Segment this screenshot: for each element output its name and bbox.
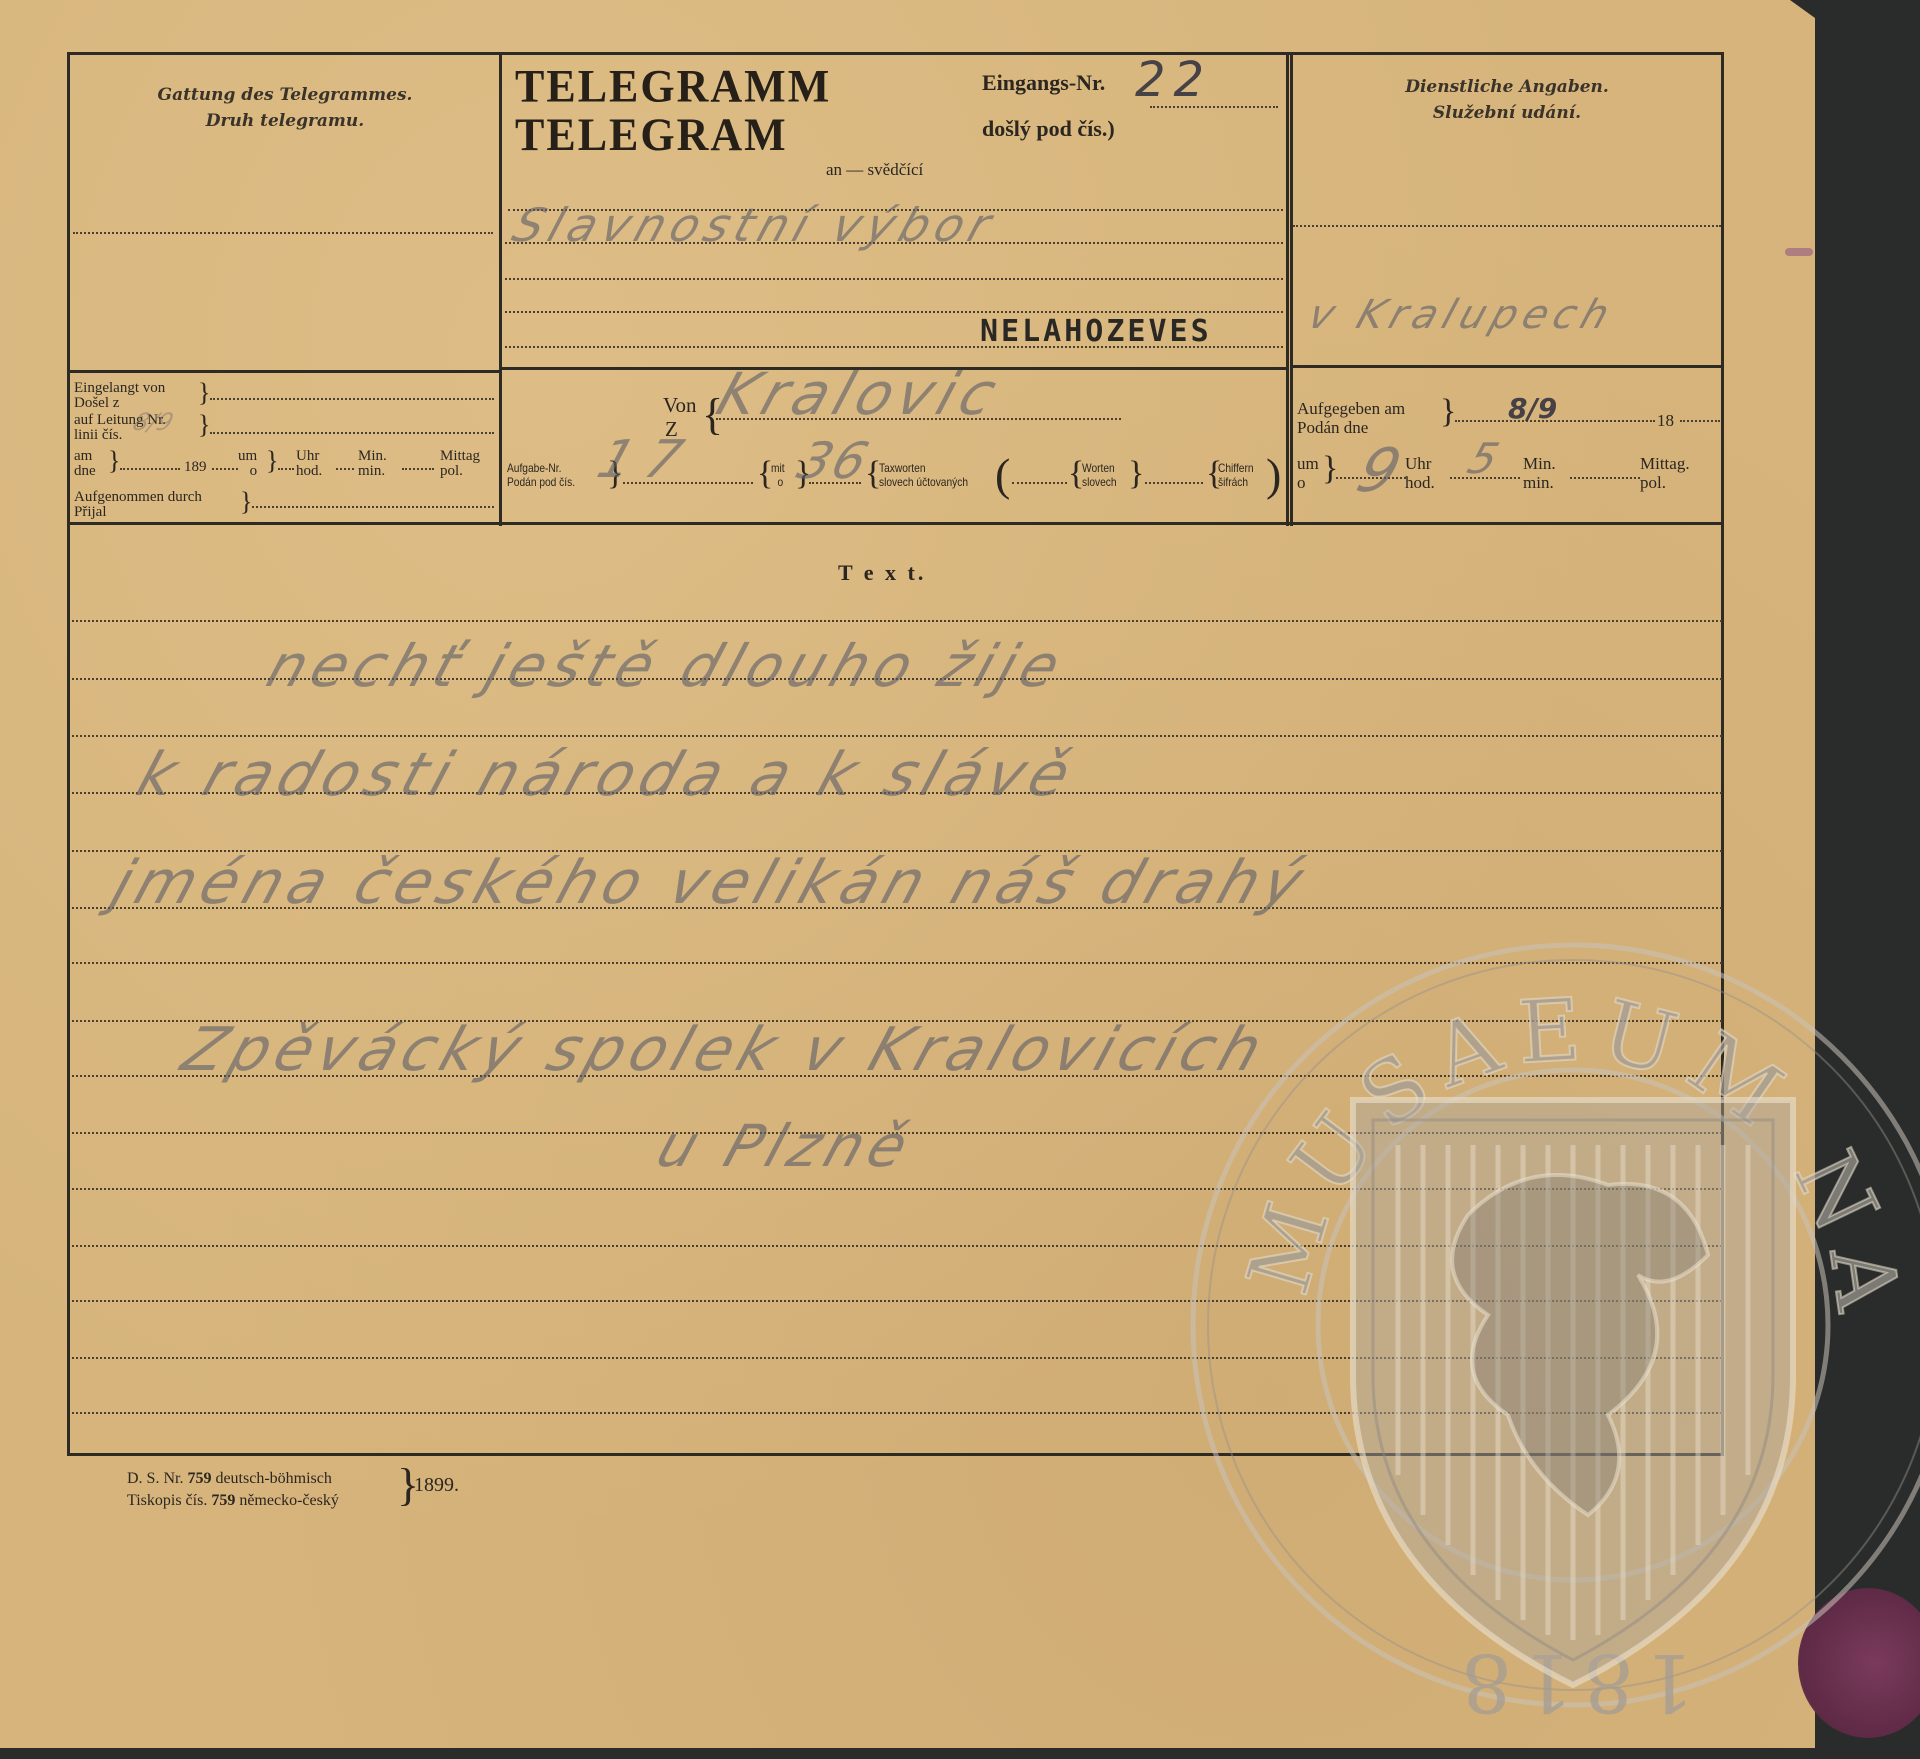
filed-year-field[interactable] bbox=[1680, 420, 1720, 422]
wax-seal bbox=[1798, 1588, 1920, 1738]
time-at-brace: } bbox=[266, 446, 278, 476]
minute-field[interactable] bbox=[336, 468, 354, 470]
hour-field[interactable] bbox=[278, 468, 294, 470]
addressee-value[interactable]: Slavnostní výbor bbox=[506, 198, 1003, 252]
tax-words-label: Taxworten slovech účtovaných bbox=[879, 461, 968, 489]
row-separator-left bbox=[67, 370, 500, 373]
text-line-7 bbox=[72, 962, 1722, 964]
text-line-1 bbox=[72, 620, 1722, 622]
entry-number-value[interactable]: 22 bbox=[1135, 52, 1212, 108]
received-from-field[interactable] bbox=[210, 398, 494, 400]
message-line-3[interactable]: jména českého velikán náš drahý bbox=[104, 848, 1318, 918]
filing-number-label: Aufgabe-Nr. Podán pod čís. bbox=[507, 461, 575, 489]
words-brace-right: } bbox=[1128, 455, 1144, 493]
taken-by-label: Aufgenommen durch Přijal bbox=[74, 490, 202, 520]
row-separator-right bbox=[1290, 365, 1724, 368]
filed-at-brace: } bbox=[1322, 450, 1338, 488]
filed-minute-label: Min. min. bbox=[1523, 454, 1556, 492]
text-line-12 bbox=[72, 1245, 1722, 1247]
taken-by-field[interactable] bbox=[252, 506, 494, 508]
message-line-4[interactable]: Zpěvácký spolek v Kralovicích bbox=[174, 1015, 1276, 1085]
received-from-brace: } bbox=[198, 378, 210, 408]
date-field[interactable] bbox=[120, 468, 180, 470]
filing-number-value[interactable]: 17 bbox=[590, 430, 704, 490]
text-line-13 bbox=[72, 1300, 1722, 1302]
telegram-type-title: Gattung des Telegrammes. Druh telegramu. bbox=[70, 82, 500, 134]
entry-number-line bbox=[1150, 106, 1278, 108]
with-label: mit o bbox=[771, 461, 785, 489]
noon-label: Mittag pol. bbox=[440, 449, 480, 479]
filed-on-brace: } bbox=[1440, 393, 1456, 431]
official-details-title: Dienstliche Angaben. Služební udání. bbox=[1292, 74, 1722, 126]
message-line-2[interactable]: k radosti národa a k slávě bbox=[129, 740, 1085, 810]
noon-field[interactable] bbox=[402, 468, 434, 470]
date-label: am dne bbox=[74, 449, 96, 479]
hour-label: Uhr hod. bbox=[296, 449, 322, 479]
addressee-line-4 bbox=[505, 311, 1283, 313]
taken-by-brace: } bbox=[240, 487, 252, 517]
filed-on-label: Aufgegeben am Podán dne bbox=[1297, 399, 1405, 437]
ink-mark bbox=[1785, 248, 1813, 256]
from-value[interactable]: Kralovic bbox=[709, 360, 1010, 428]
addressee-label: an — svědčící bbox=[826, 160, 923, 179]
addressee-line-3 bbox=[505, 278, 1283, 280]
form-number-footer: D. S. Nr. 759 deutsch-böhmisch Tiskopis … bbox=[127, 1468, 339, 1512]
filed-on-value[interactable]: 8/9 bbox=[1508, 392, 1557, 425]
message-line-1[interactable]: nechť ještě dlouho žije bbox=[259, 632, 1074, 700]
filed-at-label: um o bbox=[1297, 454, 1319, 492]
filed-noon-label: Mittag. pol. bbox=[1640, 454, 1690, 492]
text-heading: T e x t. bbox=[838, 560, 926, 586]
line-number-field[interactable] bbox=[210, 432, 494, 434]
info-row-bottom bbox=[67, 522, 1724, 525]
station-stamp: NELAHOZEVES bbox=[980, 314, 1212, 349]
entry-number-label: Eingangs-Nr. bbox=[982, 70, 1105, 96]
time-at-label: um o bbox=[238, 449, 257, 479]
official-details-line[interactable] bbox=[1293, 225, 1721, 227]
minute-label: Min. min. bbox=[358, 449, 387, 479]
text-line-14 bbox=[72, 1357, 1722, 1359]
telegram-paper: Gattung des Telegrammes. Druh telegramu.… bbox=[0, 0, 1815, 1748]
words-field[interactable] bbox=[1012, 482, 1067, 484]
entry-number-label-cs: došlý pod čís.) bbox=[982, 116, 1115, 142]
form-year: 1899. bbox=[414, 1478, 459, 1493]
date-brace: } bbox=[108, 446, 120, 476]
filed-hour-label: Uhr hod. bbox=[1405, 454, 1435, 492]
paren-open: ( bbox=[995, 448, 1010, 501]
words-label: Worten slovech bbox=[1082, 461, 1117, 489]
paren-close: ) bbox=[1266, 448, 1281, 501]
date-year-prefix: 189 bbox=[184, 460, 207, 475]
line-number-brace: } bbox=[198, 410, 210, 440]
date-year-field[interactable] bbox=[212, 468, 238, 470]
text-line-3 bbox=[72, 735, 1722, 737]
text-line-15 bbox=[72, 1412, 1722, 1414]
divider-right bbox=[1286, 52, 1289, 526]
telegram-type-line[interactable] bbox=[73, 232, 493, 234]
filed-noon-field[interactable] bbox=[1570, 477, 1640, 479]
text-line-11 bbox=[72, 1188, 1722, 1190]
received-from-label: Eingelangt von Došel z bbox=[74, 381, 165, 411]
telegram-title: TELEGRAMM TELEGRAM bbox=[515, 63, 831, 160]
ciphers-label: Chiffern šifrách bbox=[1218, 461, 1254, 489]
ciphers-field[interactable] bbox=[1145, 482, 1203, 484]
filed-year-prefix: 18 bbox=[1657, 411, 1674, 430]
official-details-note[interactable]: v Kralupech bbox=[1303, 292, 1621, 338]
message-line-5[interactable]: u Plzně bbox=[649, 1112, 922, 1180]
